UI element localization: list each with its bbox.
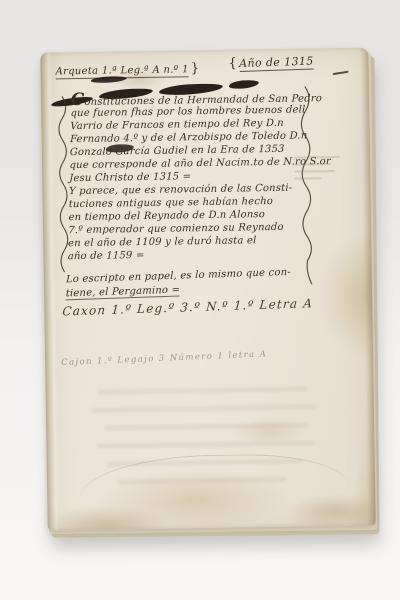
manuscript-page: Arqueta 1.ª Leg.ª A n.º 1} {Año de 1315 … bbox=[40, 47, 375, 530]
manuscript-body-text: Constituciones de la Hermandad de San Pe… bbox=[68, 90, 311, 263]
manuscript-booklet: Arqueta 1.ª Leg.ª A n.º 1} {Año de 1315 … bbox=[40, 47, 375, 530]
paper-vs-parchment-note: Lo escripto en papel, es lo mismo que co… bbox=[66, 265, 307, 301]
show-through-text-line bbox=[96, 440, 314, 448]
show-through-text-line bbox=[104, 422, 309, 430]
body-line: año de 1159 = bbox=[68, 246, 308, 263]
ink-dash-mark bbox=[333, 71, 349, 75]
note-line-underlined: tiene, el Pergamino = bbox=[66, 285, 181, 301]
show-through-text-line bbox=[98, 386, 308, 394]
ink-blot bbox=[229, 79, 260, 90]
year-header: {Año de 1315 bbox=[226, 54, 314, 72]
show-through-text-line bbox=[92, 404, 316, 413]
archive-reference-header: Arqueta 1.ª Leg.ª A n.º 1} bbox=[55, 61, 201, 78]
pencil-margin-scribble bbox=[294, 156, 340, 187]
opening-brace-flourish: { bbox=[228, 56, 237, 71]
closing-brace-flourish: } bbox=[191, 61, 200, 76]
water-stain-crease bbox=[79, 453, 349, 498]
pencil-shelfmark-note: Cajon 1.º Legajo 3 Número 1 letra A bbox=[61, 349, 267, 368]
year-label: Año de 1315 bbox=[239, 55, 314, 72]
photo-backdrop: Arqueta 1.ª Leg.ª A n.º 1} {Año de 1315 … bbox=[0, 0, 400, 600]
